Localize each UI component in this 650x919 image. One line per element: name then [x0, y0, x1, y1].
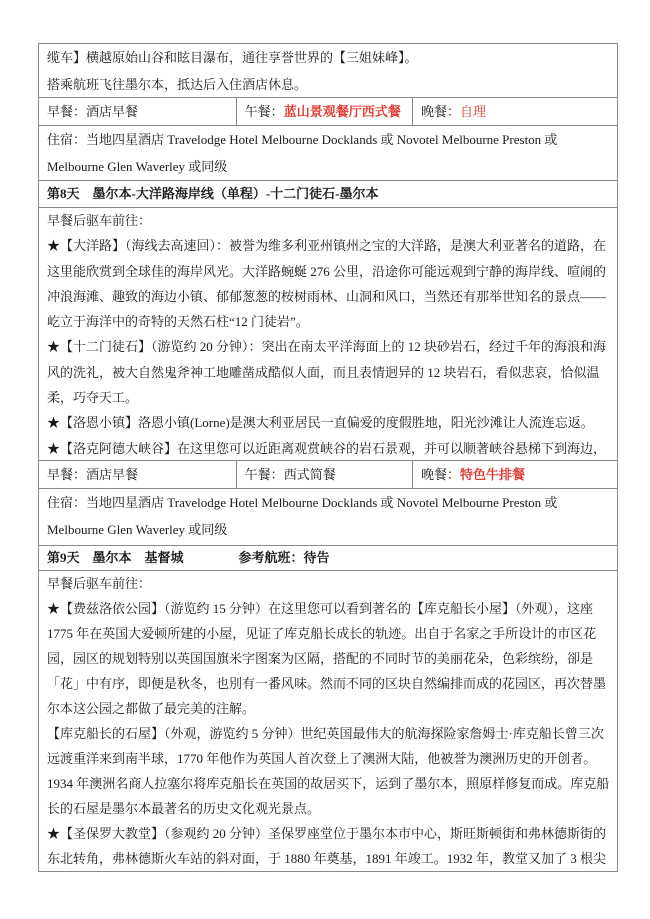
day7-breakfast-cell: 早餐：酒店早餐 — [39, 98, 237, 125]
dinner-label: 晚餐： — [421, 104, 460, 119]
lunch-label: 午餐： — [245, 104, 284, 119]
attraction-loch-ard-gorge: ★【洛克阿德大峡谷】在这里您可以近距离观赏峡谷的岩石景观，并可以顺著峡谷悬梯下到… — [47, 436, 611, 461]
day8-title: 第8天 墨尔本-大洋路海岸线（单程）-十二门徒石-墨尔本 — [47, 186, 379, 201]
day8-header-row: 第8天 墨尔本-大洋路海岸线（单程）-十二门徒石-墨尔本 — [39, 181, 617, 208]
day8-lunch-cell: 午餐：西式简餐 — [237, 461, 413, 488]
day7-lunch-value: 蓝山景观餐厅西式餐 — [284, 104, 401, 119]
day9-content-cell: 早餐后驱车前往： ★【费兹洛依公园】（游览约 15 分钟）在这里您可以看到著名的… — [39, 571, 617, 871]
breakfast-label: 早餐： — [47, 467, 86, 482]
day7-meals-row: 早餐：酒店早餐 午餐：蓝山景观餐厅西式餐 晚餐：自理 — [39, 98, 617, 126]
dinner-label: 晚餐： — [421, 467, 460, 482]
day7-dinner-value: 自理 — [460, 104, 486, 119]
attraction-fitzroy-gardens: ★【费兹洛依公园】（游览约 15 分钟）在这里您可以看到著名的【库克船长小屋】（… — [47, 596, 611, 721]
day8-dinner-cell: 晚餐：特色牛排餐 — [413, 461, 617, 488]
cable-car-paragraph: 缆车】横越原始山谷和眩目瀑布，通往享誉世界的【三姐妹峰】。 — [47, 44, 611, 71]
day8-meals-row: 早餐：酒店早餐 午餐：西式简餐 晚餐：特色牛排餐 — [39, 461, 617, 489]
day8-content-cell: 早餐后驱车前往： ★【大洋路】（海线去高速回）：被誉为维多利亚州镇州之宝的大洋路… — [39, 208, 617, 461]
day8-intro: 早餐后驱车前往： — [47, 208, 611, 233]
flight-to-melbourne-paragraph: 搭乘航班飞往墨尔本，抵达后入住酒店休息。 — [47, 71, 611, 98]
day8-dinner-value: 特色牛排餐 — [460, 467, 525, 482]
day7-hotel-row: 住宿：当地四星酒店 Travelodge Hotel Melbourne Doc… — [39, 126, 617, 181]
day7-hotel-text: 住宿：当地四星酒店 Travelodge Hotel Melbourne Doc… — [47, 126, 611, 180]
breakfast-label: 早餐： — [47, 104, 86, 119]
lunch-label: 午餐： — [245, 467, 284, 482]
day8-lunch-value: 西式简餐 — [284, 467, 336, 482]
day8-breakfast-cell: 早餐：酒店早餐 — [39, 461, 237, 488]
day7-continuation-cell: 缆车】横越原始山谷和眩目瀑布，通往享誉世界的【三姐妹峰】。 搭乘航班飞往墨尔本，… — [39, 44, 617, 98]
day7-breakfast-value: 酒店早餐 — [86, 104, 138, 119]
day8-hotel-row: 住宿：当地四星酒店 Travelodge Hotel Melbourne Doc… — [39, 489, 617, 546]
day8-hotel-text: 住宿：当地四星酒店 Travelodge Hotel Melbourne Doc… — [47, 489, 611, 543]
attraction-lorne: ★【洛恩小镇】洛恩小镇(Lorne)是澳大利亚居民一直偏爱的度假胜地，阳光沙滩让… — [47, 410, 611, 435]
attraction-st-pauls-cathedral: ★【圣保罗大教堂】（参观约 20 分钟）圣保罗座堂位于墨尔本市中心，斯旺斯顿街和… — [47, 821, 611, 871]
attraction-twelve-apostles: ★【十二门徒石】（游览约 20 分钟）：突出在南太平洋海面上的 12 块砂岩石，… — [47, 334, 611, 410]
itinerary-table: 缆车】横越原始山谷和眩目瀑布，通往享誉世界的【三姐妹峰】。 搭乘航班飞往墨尔本，… — [38, 43, 618, 872]
day9-header-row: 第9天 墨尔本 基督城参考航班：待告 — [39, 546, 617, 571]
attraction-cooks-cottage: 【库克船长的石屋】（外观，游览约 5 分钟）世纪英国最伟大的航海探险家詹姆士·库… — [47, 721, 611, 821]
day9-title: 第9天 墨尔本 基督城 — [47, 550, 184, 565]
day9-flight-info: 参考航班：待告 — [239, 550, 330, 565]
attraction-great-ocean-road: ★【大洋路】（海线去高速回）：被誉为维多利亚州镇州之宝的大洋路，是澳大利亚著名的… — [47, 233, 611, 334]
day7-dinner-cell: 晚餐：自理 — [413, 98, 617, 125]
day8-breakfast-value: 酒店早餐 — [86, 467, 138, 482]
day7-lunch-cell: 午餐：蓝山景观餐厅西式餐 — [237, 98, 413, 125]
day9-intro: 早餐后驱车前往： — [47, 571, 611, 596]
